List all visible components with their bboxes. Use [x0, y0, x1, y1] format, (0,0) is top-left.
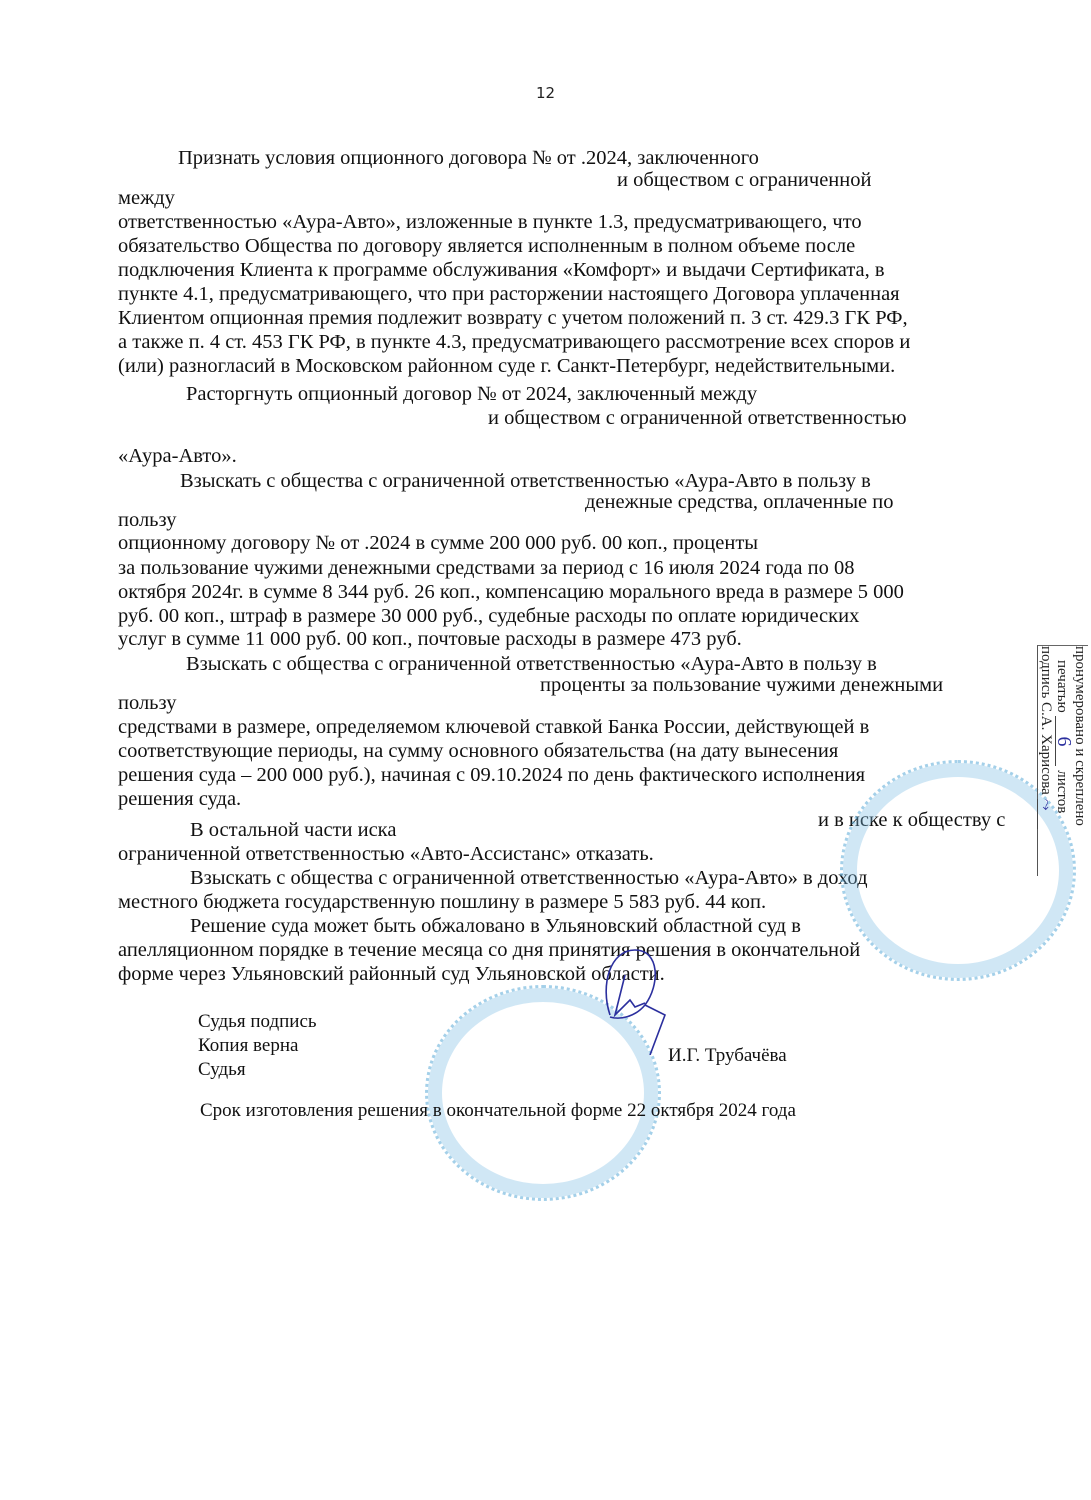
text-line: Клиентом опционная премия подлежит возвр… — [118, 306, 908, 330]
text-line: руб. 00 коп., штраф в размере 30 000 руб… — [118, 604, 859, 628]
text-line: опционному договору № от .2024 в сумме 2… — [118, 531, 758, 555]
signature-icon — [590, 945, 670, 1055]
judge-label: Судья — [198, 1058, 246, 1082]
page-number: 12 — [0, 84, 1091, 102]
margin-certification-stamp: пронумеровано и скреплено печатью 6 лист… — [1037, 645, 1088, 876]
text-line: «Аура-Авто». — [118, 444, 237, 468]
text-line: апелляционном порядке в течение месяца с… — [118, 938, 860, 962]
text-line: за пользование чужими денежными средства… — [118, 556, 854, 580]
text-line: пользу — [118, 691, 176, 715]
text-line: денежные средства, оплаченные по — [585, 490, 893, 514]
text-line: и обществом с ограниченной — [617, 168, 871, 192]
text-line: Расторгнуть опционный договор № от 2024,… — [186, 382, 757, 406]
stamp-line-3: подпись С.А. Харисова ⤳ — [1037, 646, 1054, 876]
text-line: В остальной части иска — [190, 818, 396, 842]
text-line: местного бюджета государственную пошлину… — [118, 890, 766, 914]
text-line: ограниченной ответственностью «Авто-Асси… — [118, 842, 654, 866]
text-line: и обществом с ограниченной ответственнос… — [488, 406, 907, 430]
text-line: между — [118, 186, 175, 210]
text-line: соответствующие периоды, на сумму основн… — [118, 739, 838, 763]
text-line: (или) разногласий в Московском районном … — [118, 354, 895, 378]
text-line: решения суда. — [118, 787, 241, 811]
text-line: Признать условия опционного договора № о… — [178, 146, 759, 170]
text-line: ответственностью «Аура-Авто», изложенные… — [118, 210, 862, 234]
text-line: октября 2024г. в сумме 8 344 руб. 26 коп… — [118, 580, 904, 604]
text-line: обязательство Общества по договору являе… — [118, 234, 855, 258]
stamp-signature-icon: ⤳ — [1037, 799, 1054, 829]
text-line: подключения Клиента к программе обслужив… — [118, 258, 885, 282]
text-line: пользу — [118, 508, 176, 532]
text-line: Решение суда может быть обжаловано в Уль… — [190, 914, 801, 938]
text-line: услуг в сумме 11 000 руб. 00 коп., почто… — [118, 627, 742, 651]
text-line: форме через Ульяновский районный суд Уль… — [118, 962, 665, 986]
text-line: пункте 4.1, предусматривающего, что при … — [118, 282, 900, 306]
judge-name: И.Г. Трубачёва — [668, 1044, 787, 1068]
text-line: средствами в размере, определяемом ключе… — [118, 715, 869, 739]
copy-certified-label: Копия верна — [198, 1034, 298, 1058]
text-line: решения суда – 200 000 руб.), начиная с … — [118, 763, 865, 787]
stamp-line-2: печатью 6 листов — [1054, 646, 1072, 876]
sheets-count: 6 — [1055, 716, 1072, 766]
text-line: а также п. 4 ст. 453 ГК РФ, в пункте 4.3… — [118, 330, 910, 354]
judge-signature-label: Судья подпись — [198, 1010, 317, 1034]
text-line: Взыскать с общества с ограниченной ответ… — [190, 866, 868, 890]
text-line: проценты за пользование чужими денежными — [540, 673, 943, 697]
final-form-date: Срок изготовления решения в окончательно… — [200, 1099, 796, 1123]
stamp-line-1: пронумеровано и скреплено — [1072, 646, 1088, 876]
